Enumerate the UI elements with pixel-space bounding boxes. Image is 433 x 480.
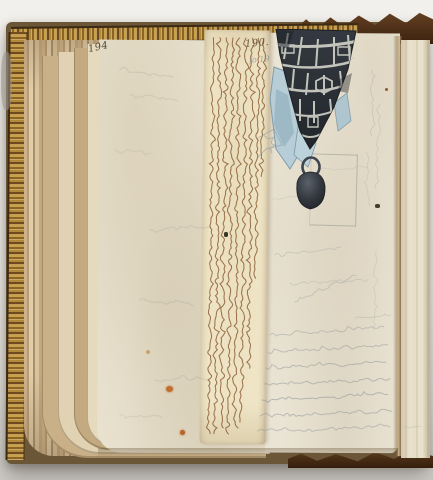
- right-under-page-edge: [401, 40, 430, 458]
- bottom-page-shadow: [98, 448, 398, 458]
- foxing-spot: [180, 430, 185, 435]
- ink-speck: [224, 232, 228, 237]
- foxing-spot: [146, 350, 150, 354]
- figure-head: [297, 172, 325, 209]
- ink-speck: [385, 88, 388, 91]
- faint-folio-note: fo 19: [249, 54, 270, 64]
- foxing-spot: [166, 386, 173, 392]
- ink-speck: [375, 204, 380, 208]
- photo-of-open-manuscript-book: 194 190. fo 19: [0, 0, 433, 480]
- board-corner-shadow: [1, 52, 12, 110]
- right-page-number: 190.: [245, 37, 270, 50]
